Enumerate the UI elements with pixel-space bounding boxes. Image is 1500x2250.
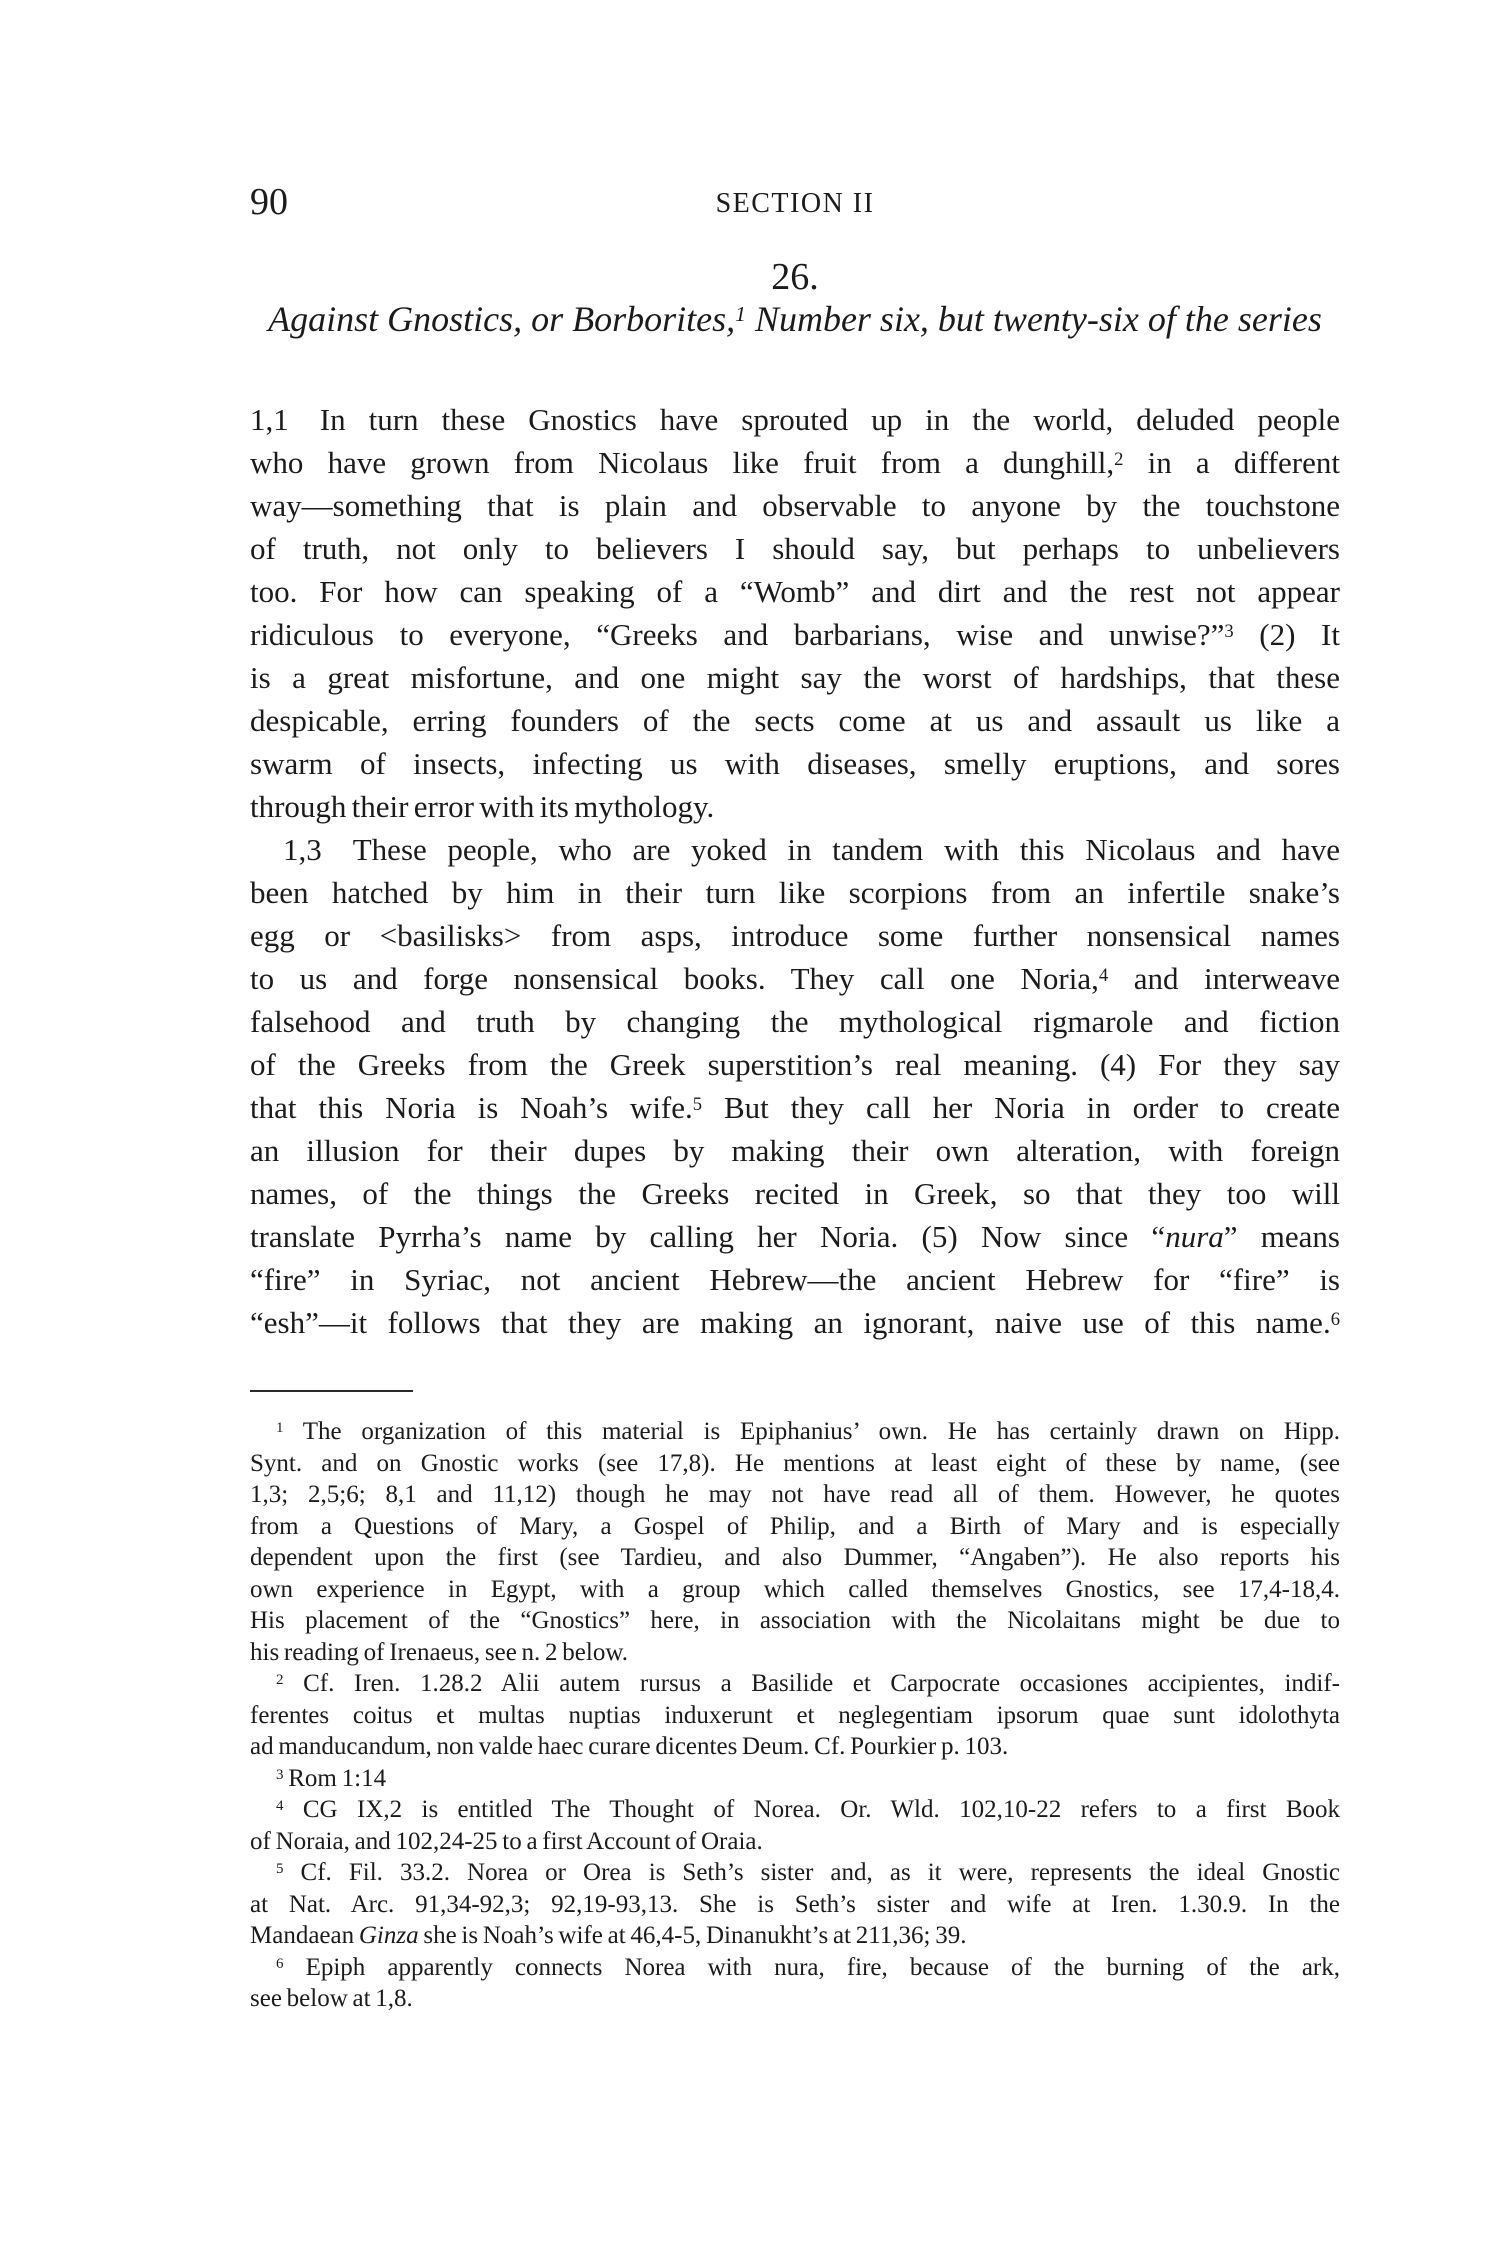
footnotes: 1 The organization of this material is E… bbox=[250, 1416, 1340, 2015]
footnote-line: His placement of the “Gnostics” here, in… bbox=[250, 1605, 1340, 1637]
body-text-line: been hatched by him in their turn like s… bbox=[250, 871, 1340, 914]
footnote-line: Synt. and on Gnostic works (see 17,8). H… bbox=[250, 1448, 1340, 1480]
body-text-line: ridiculous to everyone, “Greeks and barb… bbox=[250, 613, 1340, 656]
body-text-line: falsehood and truth by changing the myth… bbox=[250, 1000, 1340, 1043]
chapter-title: Against Gnostics, or Borborites,1 Number… bbox=[205, 299, 1385, 339]
body-text-line: an illusion for their dupes by making th… bbox=[250, 1129, 1340, 1172]
footnote-line: 4 CG IX,2 is entitled The Thought of Nor… bbox=[250, 1794, 1340, 1826]
chapter-number: 26. bbox=[250, 257, 1340, 297]
footnote-line: ferentes coitus et multas nuptias induxe… bbox=[250, 1700, 1340, 1732]
footnote-line: Mandaean Ginza she is Noah’s wife at 46,… bbox=[250, 1920, 1340, 1952]
footnote-line: own experience in Egypt, with a group wh… bbox=[250, 1574, 1340, 1606]
body-text-line: through their error with its mythology. bbox=[250, 785, 1340, 828]
body-text-line: 1,3 These people, who are yoked in tande… bbox=[250, 828, 1340, 871]
footnote-line: 5 Cf. Fil. 33.2. Norea or Orea is Seth’s… bbox=[250, 1857, 1340, 1889]
footnote-line: 1 The organization of this material is E… bbox=[250, 1416, 1340, 1448]
footnote-rule bbox=[250, 1390, 413, 1392]
body-text: 1,1 In turn these Gnostics have sprouted… bbox=[250, 398, 1340, 1344]
body-text-line: names, of the things the Greeks recited … bbox=[250, 1172, 1340, 1215]
footnote-line: from a Questions of Mary, a Gospel of Ph… bbox=[250, 1511, 1340, 1543]
footnote-line: ad manducandum, non valde haec curare di… bbox=[250, 1731, 1340, 1763]
body-text-line: translate Pyrrha’s name by calling her N… bbox=[250, 1215, 1340, 1258]
body-text-line: is a great misfortune, and one might say… bbox=[250, 656, 1340, 699]
body-text-line: of truth, not only to believers I should… bbox=[250, 527, 1340, 570]
book-page: 90 SECTION II 26. Against Gnostics, or B… bbox=[0, 0, 1500, 2250]
footnote-line: 2 Cf. Iren. 1.28.2 Alii autem rursus a B… bbox=[250, 1668, 1340, 1700]
body-text-line: who have grown from Nicolaus like fruit … bbox=[250, 441, 1340, 484]
body-text-line: swarm of insects, infecting us with dise… bbox=[250, 742, 1340, 785]
body-text-line: way—something that is plain and observab… bbox=[250, 484, 1340, 527]
body-text-line: that this Noria is Noah’s wife.5 But the… bbox=[250, 1086, 1340, 1129]
footnote-line: 6 Epiph apparently connects Norea with n… bbox=[250, 1952, 1340, 1984]
footnote-line: of Noraia, and 102,24-25 to a first Acco… bbox=[250, 1826, 1340, 1858]
page-header: 90 SECTION II bbox=[250, 183, 1340, 225]
body-text-line: too. For how can speaking of a “Womb” an… bbox=[250, 570, 1340, 613]
body-text-line: “fire” in Syriac, not ancient Hebrew—the… bbox=[250, 1258, 1340, 1301]
body-text-line: egg or <basilisks> from asps, introduce … bbox=[250, 914, 1340, 957]
body-text-line: “esh”—it follows that they are making an… bbox=[250, 1301, 1340, 1344]
body-text-line: despicable, erring founders of the sects… bbox=[250, 699, 1340, 742]
footnote-line: at Nat. Arc. 91,34-92,3; 92,19-93,13. Sh… bbox=[250, 1889, 1340, 1921]
footnote-line: see below at 1,8. bbox=[250, 1983, 1340, 2015]
body-text-line: 1,1 In turn these Gnostics have sprouted… bbox=[250, 398, 1340, 441]
footnote-line: 3 Rom 1:14 bbox=[250, 1763, 1340, 1795]
running-header: SECTION II bbox=[250, 190, 1340, 218]
footnote-line: his reading of Irenaeus, see n. 2 below. bbox=[250, 1637, 1340, 1669]
body-text-line: to us and forge nonsensical books. They … bbox=[250, 957, 1340, 1000]
footnote-line: 1,3; 2,5;6; 8,1 and 11,12) though he may… bbox=[250, 1479, 1340, 1511]
body-text-line: of the Greeks from the Greek superstitio… bbox=[250, 1043, 1340, 1086]
footnote-line: dependent upon the first (see Tardieu, a… bbox=[250, 1542, 1340, 1574]
